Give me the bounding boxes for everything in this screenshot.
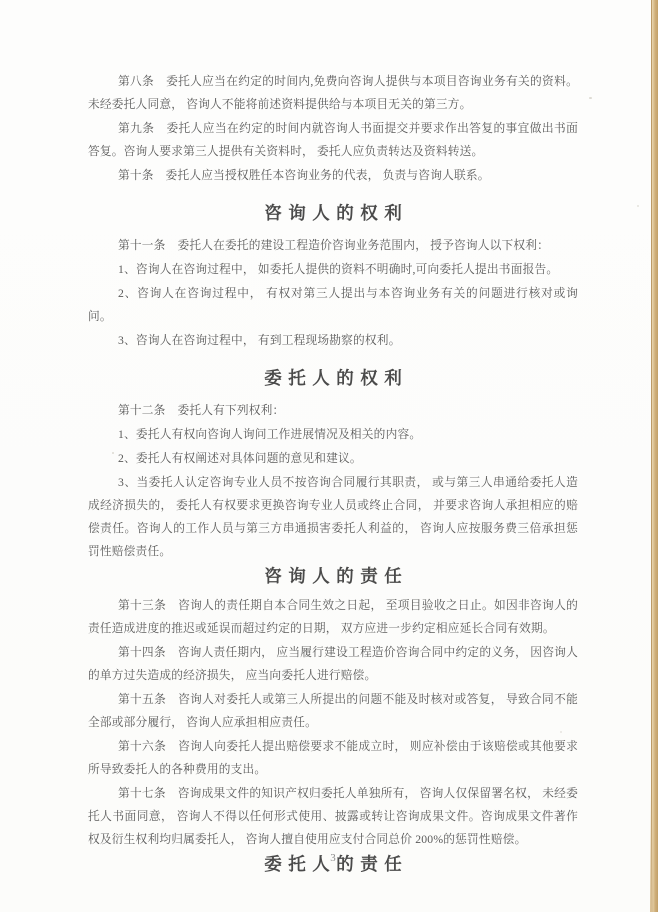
scan-edge-strip: [651, 0, 658, 912]
paragraph-clause-12-item-1: 1、委托人有权向咨询人询问工作进展情况及相关的内容。: [88, 423, 578, 446]
paragraph-clause-11-item-1: 1、咨询人在咨询过程中， 如委托人提供的资料不明确时,可向委托人提出书面报告。: [88, 258, 578, 281]
scan-speck: [589, 97, 592, 99]
paragraph-clause-13: 第十三条 咨询人的责任期自本合同生效之日起， 至项目验收之日止。如因非咨询人的责…: [88, 594, 578, 640]
scan-speck: [637, 205, 639, 207]
paragraph-clause-17: 第十七条 咨询成果文件的知识产权归委托人单独所有， 咨询人仅保留署名权， 未经委…: [88, 782, 578, 851]
section-heading-client-rights: 委托人的权利: [88, 366, 578, 391]
paragraph-clause-9: 第九条 委托人应当在约定的时间内就咨询人书面提交并要求作出答复的事宜做出书面答复…: [88, 117, 578, 163]
page-number: 3: [88, 852, 578, 864]
scan-edge-shadow: [650, 792, 653, 912]
paragraph-clause-12-item-3: 3、当委托人认定咨询专业人员不按咨询合同履行其职责， 或与第三人串通给委托人造成…: [88, 471, 578, 563]
paragraph-clause-10: 第十条 委托人应当授权胜任本咨询业务的代表， 负责与咨询人联系。: [88, 164, 578, 187]
paragraph-clause-11-item-2: 2、咨询人在咨询过程中， 有权对第三人提出与本咨询业务有关的问题进行核对或询问。: [88, 282, 578, 328]
paragraph-clause-15: 第十五条 咨询人对委托人或第三人所提出的问题不能及时核对或答复， 导致合同不能全…: [88, 688, 578, 734]
section-heading-consultant-responsibility: 咨询人的责任: [88, 564, 578, 589]
paragraph-clause-12: 第十二条 委托人有下列权利：: [88, 399, 578, 422]
paragraph-clause-11-item-3: 3、咨询人在咨询过程中， 有到工程现场勘察的权利。: [88, 329, 578, 352]
scan-speck: [112, 452, 114, 454]
paragraph-clause-12-item-2: 2、委托人有权阐述对具体问题的意见和建议。: [88, 447, 578, 470]
document-page: 第八条 委托人应当在约定的时间内,免费向咨询人提供与本项目咨询业务有关的资料。未…: [0, 0, 658, 912]
paragraph-clause-8: 第八条 委托人应当在约定的时间内,免费向咨询人提供与本项目咨询业务有关的资料。未…: [88, 70, 578, 116]
scan-speck: [560, 731, 562, 733]
paragraph-clause-14: 第十四条 咨询人责任期内， 应当履行建设工程造价咨询合同中约定的义务， 因咨询人…: [88, 641, 578, 687]
section-heading-consultant-rights: 咨询人的权利: [88, 201, 578, 226]
paragraph-clause-11: 第十一条 委托人在委托的建设工程造价咨询业务范围内， 授予咨询人以下权利：: [88, 234, 578, 257]
document-content: 第八条 委托人应当在约定的时间内,免费向咨询人提供与本项目咨询业务有关的资料。未…: [88, 70, 578, 882]
paragraph-clause-16: 第十六条 咨询人向委托人提出赔偿要求不能成立时， 则应补偿由于该赔偿或其他要求所…: [88, 735, 578, 781]
